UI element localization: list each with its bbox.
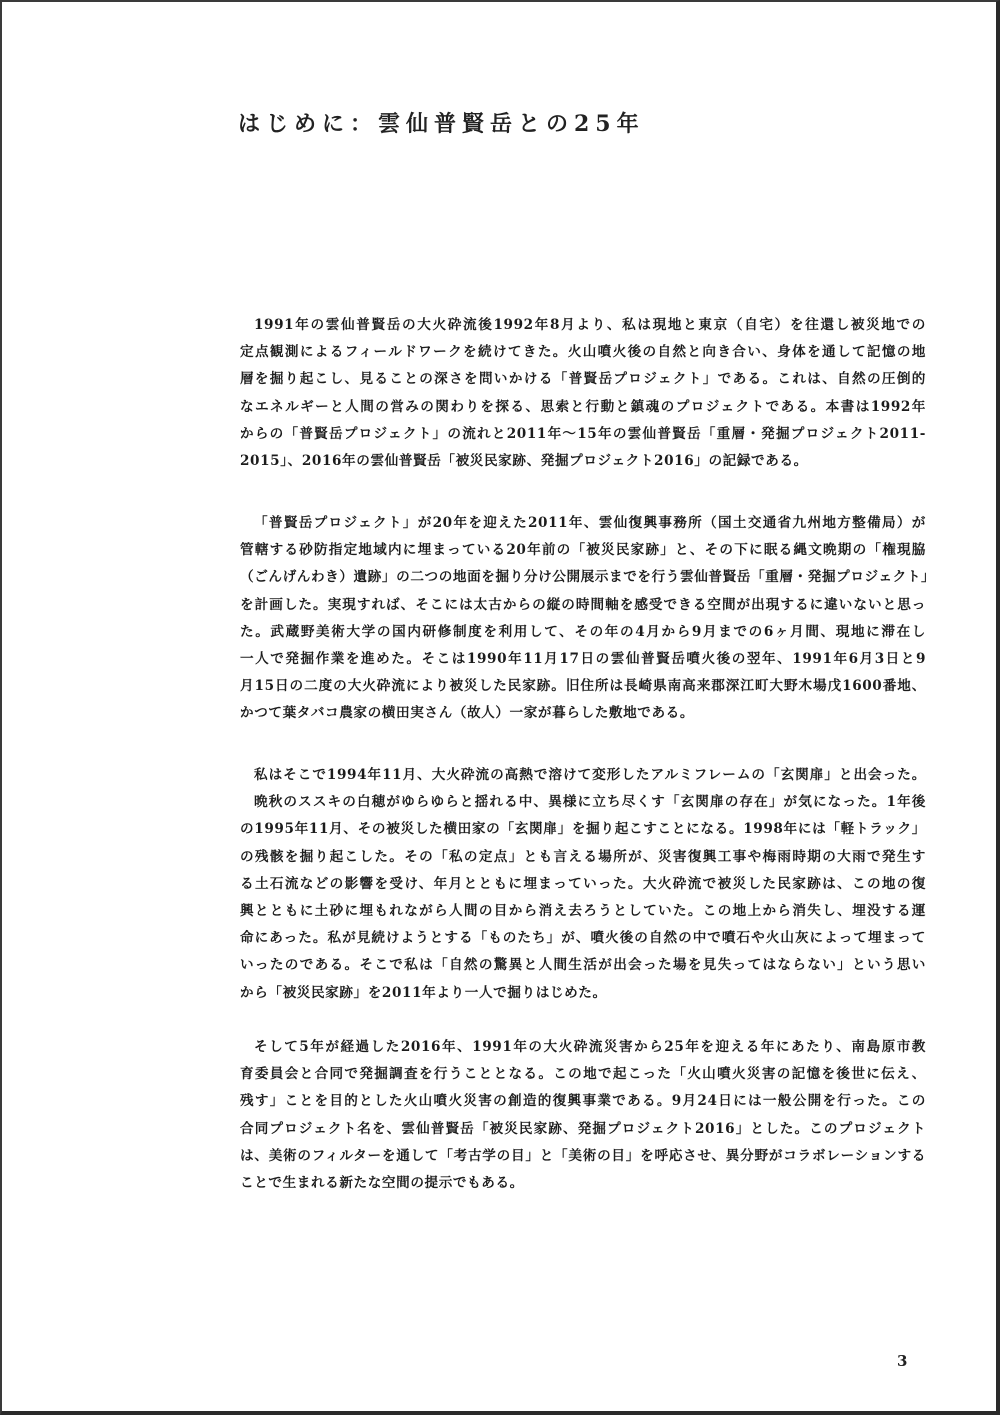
text-line: 定点観測によるフィールドワークを続けてきた。火山噴火後の自然と向き合い、身体を通… [240,339,926,366]
paragraph-1: 1991年の雲仙普賢岳の大火砕流後1992年8月より、私は現地と東京（自宅）を往… [240,312,926,475]
text-line: 一人で発掘作業を進めた。そこは1990年11月17日の雲仙普賢岳噴火後の翌年、1… [240,646,926,673]
text-line: ことで生まれる新たな空間の提示でもある。 [240,1170,926,1197]
text-line: かつて葉タバコ農家の横田実さん（故人）一家が暮らした敷地である。 [240,700,926,727]
text-line: 残す」ことを目的とした火山噴火災害の創造的復興事業である。9月24日には一般公開… [240,1088,926,1115]
text-line: からの「普賢岳プロジェクト」の流れと2011年～15年の雲仙普賢岳「重層・発掘プ… [240,421,926,448]
text-line: 1991年の雲仙普賢岳の大火砕流後1992年8月より、私は現地と東京（自宅）を往… [240,312,926,339]
text-line: いったのである。そこで私は「自然の驚異と人間生活が出会った場を見失ってはならない… [240,952,926,979]
document-page: はじめに：雲仙普賢岳との25年 1991年の雲仙普賢岳の大火砕流後1992年8月… [0,0,1000,1415]
text-line: の残骸を掘り起こした。その「私の定点」とも言える場所が、災害復興工事や梅雨時期の… [240,844,926,871]
text-line: は、美術のフィルターを通して「考古学の目」と「美術の目」を呼応させ、異分野がコラ… [240,1143,926,1170]
text-line: 2015」、2016年の雲仙普賢岳「被災民家跡、発掘プロジェクト2016」の記録… [240,448,926,475]
text-line: 命にあった。私が見続けようとする「ものたち」が、噴火後の自然の中で噴石や火山灰に… [240,925,926,952]
text-line: る土石流などの影響を受け、年月とともに埋まっていった。大火砕流で被災した民家跡は… [240,871,926,898]
text-line: （ごんげんわき）遺跡」の二つの地面を掘り分け公開展示までを行う雲仙普賢岳「重層・… [240,564,926,591]
text-line: なエネルギーと人間の営みの関わりを探る、思索と行動と鎮魂のプロジェクトである。本… [240,394,926,421]
text-line: た。武蔵野美術大学の国内研修制度を利用して、その年の4月から9月までの6ヶ月間、… [240,619,926,646]
text-line: 月15日の二度の大火砕流により被災した民家跡。旧住所は長崎県南高来郡深江町大野木… [240,673,926,700]
text-line: 「普賢岳プロジェクト」が20年を迎えた2011年、雲仙復興事務所（国土交通省九州… [240,510,926,537]
text-line: を計画した。実現すれば、そこには太古からの縦の時間軸を感受できる空間が出現するに… [240,592,926,619]
text-line: 育委員会と合同で発掘調査を行うこととなる。この地で起こった「火山噴火災害の記憶を… [240,1061,926,1088]
page-number: 3 [897,1352,907,1370]
text-line: そして5年が経過した2016年、1991年の大火砕流災害から25年を迎える年にあ… [240,1034,926,1061]
text-line: の1995年11月、その被災した横田家の「玄関扉」を掘り起こすことになる。199… [240,816,926,843]
paragraph-2: 「普賢岳プロジェクト」が20年を迎えた2011年、雲仙復興事務所（国土交通省九州… [240,510,926,728]
text-line: 管轄する砂防指定地域内に埋まっている20年前の「被災民家跡」と、その下に眠る縄文… [240,537,926,564]
text-line: 興とともに土砂に埋もれながら人間の目から消え去ろうとしていた。この地上から消失し… [240,898,926,925]
paragraph-4: そして5年が経過した2016年、1991年の大火砕流災害から25年を迎える年にあ… [240,1034,926,1197]
page-title: はじめに：雲仙普賢岳との25年 [238,107,645,138]
text-line: 私はそこで1994年11月、大火砕流の高熱で溶けて変形したアルミフレームの「玄関… [240,762,926,789]
paragraph-3: 私はそこで1994年11月、大火砕流の高熱で溶けて変形したアルミフレームの「玄関… [240,762,926,1007]
text-line: 晩秋のススキの白穂がゆらゆらと揺れる中、異様に立ち尽くす「玄関扉の存在」が気にな… [240,789,926,816]
text-line: 層を掘り起こし、見ることの深さを問いかける「普賢岳プロジェクト」である。これは、… [240,366,926,393]
text-line: から「被災民家跡」を2011年より一人で掘りはじめた。 [240,980,926,1007]
text-line: 合同プロジェクト名を、雲仙普賢岳「被災民家跡、発掘プロジェクト2016」とした。… [240,1116,926,1143]
